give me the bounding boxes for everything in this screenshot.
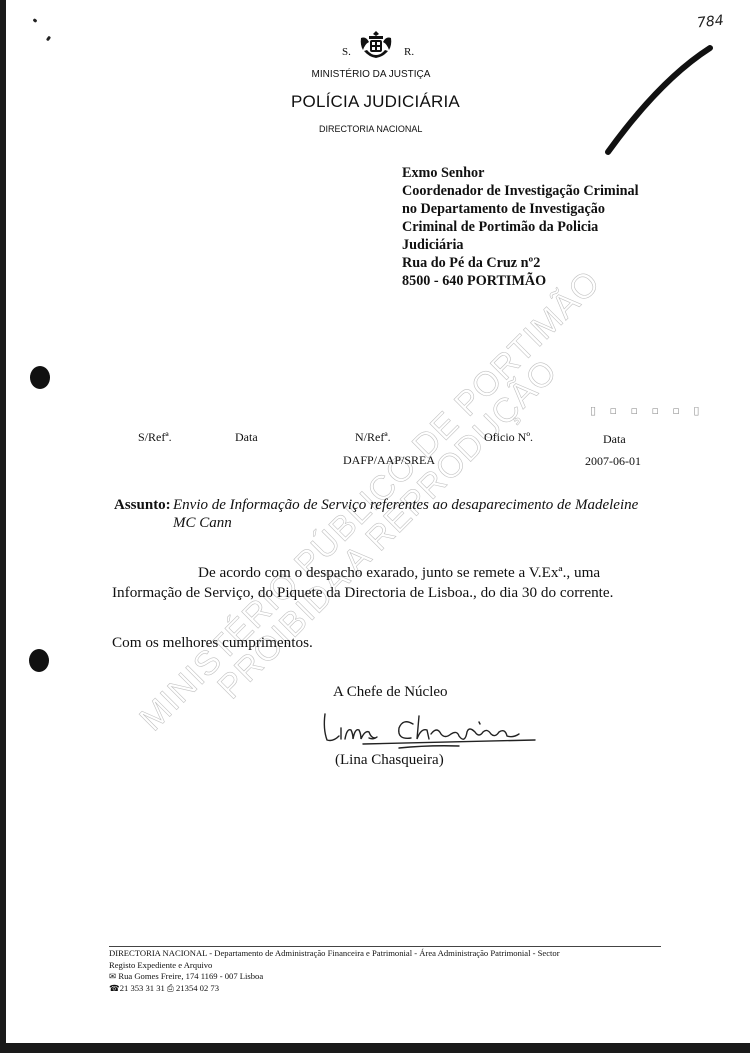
ministry-text: MINISTÉRIO DA JUSTIÇA <box>312 69 431 80</box>
recipient-line: Rua do Pé da Cruz nº2 <box>402 254 639 272</box>
faded-stamp: ▯ ▫ ▫ ▫ ▫ ▯ <box>590 404 704 417</box>
oficio-label: Oficio Nº. <box>484 430 533 445</box>
subject-line-1: Envio de Informação de Serviço referente… <box>173 496 693 514</box>
our-ref-value: DAFP/AAP/SREA <box>343 453 435 468</box>
footer-address-text: Rua Gomes Freire, 174 1169 - 007 Lisboa <box>118 971 263 981</box>
sr-right: R. <box>404 46 414 58</box>
punch-hole-top <box>30 366 50 389</box>
recipient-line: 8500 - 640 PORTIMÃO <box>402 272 639 290</box>
your-ref-label: S/Refª. <box>138 430 172 445</box>
envelope-icon: ✉ <box>109 971 116 981</box>
signatory-title: A Chefe de Núcleo <box>333 684 448 701</box>
recipient-line: Coordenador de Investigação Criminal <box>402 182 639 200</box>
body-line-2: Informação de Serviço, do Piquete da Dir… <box>112 583 672 603</box>
recipient-line: Judiciária <box>402 236 639 254</box>
subject-label: Assunto: <box>114 496 171 514</box>
handwritten-page-number: 784 <box>696 13 724 32</box>
agency-name: POLÍCIA JUDICIÁRIA <box>291 92 460 112</box>
scan-speck <box>33 18 38 23</box>
footer-phone: 21 353 31 31 <box>120 983 165 993</box>
recipient-address: Exmo Senhor Coordenador de Investigação … <box>402 164 639 290</box>
scan-border-bottom <box>0 1043 750 1053</box>
punch-hole-bottom <box>29 649 49 672</box>
subject-line-2: MC Cann <box>173 514 693 532</box>
crest-row: S. R. <box>340 36 420 66</box>
footer-fax: 21354 02 73 <box>176 983 219 993</box>
sr-left: S. <box>342 46 351 58</box>
division-name: DIRECTORIA NACIONAL <box>319 124 422 134</box>
footer: DIRECTORIA NACIONAL - Departamento de Ad… <box>109 948 661 994</box>
body-paragraph: De acordo com o despacho exarado, junto … <box>112 563 672 603</box>
footer-line-2: Registo Expediente e Arquivo <box>109 960 661 972</box>
fax-icon: ⎙ <box>167 983 174 993</box>
footer-line-1: DIRECTORIA NACIONAL - Departamento de Ad… <box>109 948 661 960</box>
closing: Com os melhores cumprimentos. <box>112 634 313 652</box>
scan-speck <box>46 36 51 42</box>
signatory-name: (Lina Chasqueira) <box>335 752 444 769</box>
handwritten-signature <box>319 704 539 754</box>
footer-divider <box>109 946 661 947</box>
date-value: 2007-06-01 <box>585 454 641 469</box>
our-ref-label: N/Refª. <box>355 430 391 445</box>
date-label: Data <box>603 432 626 447</box>
footer-contacts: ☎21 353 31 31 ⎙ 21354 02 73 <box>109 983 661 995</box>
handwritten-slash-mark <box>600 40 730 160</box>
recipient-line: Criminal de Portimão da Policia <box>402 218 639 236</box>
footer-address: ✉ Rua Gomes Freire, 174 1169 - 007 Lisbo… <box>109 971 661 983</box>
recipient-line: Exmo Senhor <box>402 164 639 182</box>
coat-of-arms-icon <box>359 30 393 60</box>
phone-icon: ☎ <box>109 983 120 993</box>
body-line-1: De acordo com o despacho exarado, junto … <box>112 563 672 583</box>
scan-border-left <box>0 0 6 1053</box>
your-date-label: Data <box>235 430 258 445</box>
recipient-line: no Departamento de Investigação <box>402 200 639 218</box>
subject-text: Envio de Informação de Serviço referente… <box>173 496 693 532</box>
